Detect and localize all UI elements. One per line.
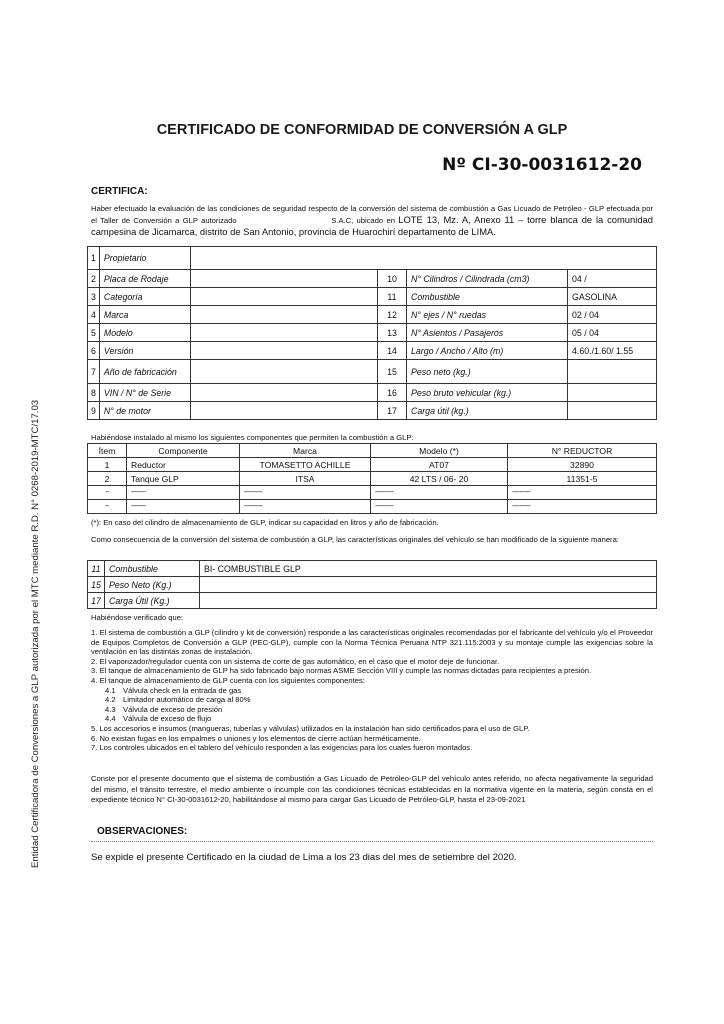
modelo-cell: ----------: [371, 486, 508, 500]
componente-cell: Tanque GLP: [127, 472, 240, 486]
subitem-number: 4.2: [105, 695, 123, 705]
row-number: 15: [378, 360, 407, 384]
marca-cell: ----------: [240, 486, 371, 500]
verified-item-7: 7. Los controles ubicados en el tablero …: [91, 743, 653, 753]
row-number: 13: [378, 324, 407, 342]
field-value: [568, 384, 657, 402]
field-label: Largo / Ancho / Alto (m): [407, 342, 568, 360]
field-value: 04 /: [568, 270, 657, 288]
col-modelo: Modelo (*): [371, 444, 508, 458]
row-number: 17: [378, 402, 407, 420]
field-label: N° ejes / N° ruedas: [407, 306, 568, 324]
row-number: 6: [88, 342, 100, 360]
conste-paragraph: Conste por el presente documento que el …: [91, 774, 653, 806]
field-label: N° Asientos / Pasajeros: [407, 324, 568, 342]
col-marca: Marca: [240, 444, 371, 458]
verified-list: 1. El sistema de combustión a GLP (cilin…: [91, 628, 653, 753]
table-row: 5Modelo13N° Asientos / Pasajeros05 / 04: [88, 324, 657, 342]
field-label: VIN / N° de Serie: [99, 384, 190, 402]
table-row: 3Categoría11CombustibleGASOLINA: [88, 288, 657, 306]
components-table: Ítem Componente Marca Modelo (*) N° REDU…: [87, 443, 657, 514]
field-label: Categoría: [99, 288, 190, 306]
row-number: 12: [378, 306, 407, 324]
components-intro: Habiéndose instalado al mismo los siguie…: [91, 433, 414, 442]
verified-item-1: 1. El sistema de combustión a GLP (cilin…: [91, 628, 653, 657]
table-row: 6Versión14Largo / Ancho / Alto (m)4.60./…: [88, 342, 657, 360]
field-value: [190, 288, 377, 306]
field-label: Marca: [99, 306, 190, 324]
vehicle-data-table: 1 Propietario 2Placa de Rodaje10N° Cilin…: [87, 246, 657, 420]
reductor-cell: ----------: [508, 500, 657, 514]
field-label: N° Cilindros / Cilindrada (cm3): [407, 270, 568, 288]
verified-item-5: 5. Los accesorios e insumos (mangueras, …: [91, 724, 653, 734]
subitem-number: 4.4: [105, 714, 123, 724]
subitem-text: Válvula de exceso de flujo: [123, 714, 211, 723]
row-number: 10: [378, 270, 407, 288]
col-reductor: N° REDUCTOR: [508, 444, 657, 458]
table-row: 15Peso Neto (Kg.): [88, 577, 657, 593]
table-row: 1ReductorTOMASETTO ACHILLEAT0732890: [88, 458, 657, 472]
field-value: 4.60./1.60/ 1.55: [568, 342, 657, 360]
field-value: 02 / 04: [568, 306, 657, 324]
row-number: 2: [88, 270, 100, 288]
row-number: 11: [88, 561, 105, 577]
table-row: 4Marca12N° ejes / N° ruedas02 / 04: [88, 306, 657, 324]
field-label: Peso Neto (Kg.): [105, 577, 200, 593]
subitem-text: Limitador automático de carga al 80%: [123, 695, 250, 704]
row-number: 1: [88, 247, 100, 270]
row-number: 7: [88, 360, 100, 384]
row-number: 16: [378, 384, 407, 402]
field-label: Combustible: [105, 561, 200, 577]
document-title: CERTIFICADO DE CONFORMIDAD DE CONVERSIÓN…: [0, 122, 724, 138]
modelo-cell: 42 LTS / 06- 20: [371, 472, 508, 486]
componente-cell: Reductor: [127, 458, 240, 472]
row-number: 4: [88, 306, 100, 324]
row-number: 3: [88, 288, 100, 306]
side-authorization-note: Entidad Certificadora de Conversiones a …: [30, 400, 41, 868]
reductor-cell: 11351-5: [508, 472, 657, 486]
subitem-text: Válvula de exceso de presión: [123, 705, 222, 714]
item-cell: --: [88, 500, 127, 514]
intro-paragraph: Haber efectuado la evaluación de las con…: [91, 203, 653, 238]
col-componente: Componente: [127, 444, 240, 458]
field-value: [190, 342, 377, 360]
item-cell: 1: [88, 458, 127, 472]
field-label: Placa de Rodaje: [99, 270, 190, 288]
field-value: [190, 270, 377, 288]
field-value: [190, 384, 377, 402]
table-header-row: Ítem Componente Marca Modelo (*) N° REDU…: [88, 444, 657, 458]
verified-item-6: 6. No existan fugas en los empalmes o un…: [91, 734, 653, 744]
issued-statement: Se expide el presente Certificado en la …: [91, 852, 517, 863]
reductor-cell: ----------: [508, 486, 657, 500]
item-cell: 2: [88, 472, 127, 486]
field-label: Peso bruto vehicular (kg.): [407, 384, 568, 402]
field-label: Versión: [99, 342, 190, 360]
table-row: 2Tanque GLPITSA42 LTS / 06- 2011351-5: [88, 472, 657, 486]
subitem-text: Válvula check en la entrada de gas: [123, 686, 241, 695]
table-row: 7Año de fabricación15Peso neto (kg.): [88, 360, 657, 384]
subitem-number: 4.3: [105, 705, 123, 715]
table-row: ----------------------------------------: [88, 500, 657, 514]
consequence-paragraph: Como consecuencia de la conversión del s…: [91, 535, 653, 546]
verified-item-3: 3. El tanque de almacenamiento de GLP ha…: [91, 666, 653, 676]
table-row: 9N° de motor17Carga útil (kg.): [88, 402, 657, 420]
modelo-cell: ----------: [371, 500, 508, 514]
verified-item-2: 2. El vaporizador/regulador cuenta con u…: [91, 657, 653, 667]
modified-characteristics-table: 11CombustibleBI- COMBUSTIBLE GLP15Peso N…: [87, 560, 657, 609]
field-label: Año de fabricación: [99, 360, 190, 384]
row-number: 15: [88, 577, 105, 593]
marca-cell: TOMASETTO ACHILLE: [240, 458, 371, 472]
field-value: BI- COMBUSTIBLE GLP: [200, 561, 657, 577]
certifica-heading: CERTIFICA:: [91, 186, 148, 197]
item-cell: --: [88, 486, 127, 500]
verified-subitem: 4.4Válvula de exceso de flujo: [91, 714, 653, 724]
field-label: Carga útil (kg.): [407, 402, 568, 420]
verified-subitem: 4.3Válvula de exceso de presión: [91, 705, 653, 715]
row-number: 5: [88, 324, 100, 342]
modelo-cell: AT07: [371, 458, 508, 472]
owner-value: [190, 247, 656, 270]
col-item: Ítem: [88, 444, 127, 458]
verified-subitem: 4.2Limitador automático de carga al 80%: [91, 695, 653, 705]
table-row: 2Placa de Rodaje10N° Cilindros / Cilindr…: [88, 270, 657, 288]
field-value: GASOLINA: [568, 288, 657, 306]
field-label: Peso neto (kg.): [407, 360, 568, 384]
intro-part2: S.A.C, ubicado en: [331, 216, 395, 225]
field-label: Propietario: [99, 247, 190, 270]
reductor-cell: 32890: [508, 458, 657, 472]
subitem-number: 4.1: [105, 686, 123, 696]
row-number: 8: [88, 384, 100, 402]
marca-cell: ITSA: [240, 472, 371, 486]
verified-heading: Habiéndose verificado que:: [91, 613, 183, 622]
row-number: 14: [378, 342, 407, 360]
field-value: [190, 360, 377, 384]
marca-cell: ----------: [240, 500, 371, 514]
row-number: 17: [88, 593, 105, 609]
verified-subitem: 4.1Válvula check en la entrada de gas: [91, 686, 653, 696]
componente-cell: --------: [127, 500, 240, 514]
field-value: [200, 577, 657, 593]
certificate-number: Nº CI-30-0031612-20: [442, 155, 642, 175]
table-row: ----------------------------------------: [88, 486, 657, 500]
componente-cell: --------: [127, 486, 240, 500]
field-value: [568, 402, 657, 420]
field-value: [190, 306, 377, 324]
verified-item-4: 4. El tanque de almacenamiento de GLP cu…: [91, 676, 653, 686]
table-row: 17Carga Útil (Kg.): [88, 593, 657, 609]
field-label: Carga Útil (Kg.): [105, 593, 200, 609]
row-number: 9: [88, 402, 100, 420]
field-value: 05 / 04: [568, 324, 657, 342]
table-row: 11CombustibleBI- COMBUSTIBLE GLP: [88, 561, 657, 577]
row-number: 11: [378, 288, 407, 306]
field-label: Combustible: [407, 288, 568, 306]
components-footnote: (*): En caso del cilindro de almacenamie…: [91, 518, 439, 527]
observaciones-heading: OBSERVACIONES:: [97, 826, 187, 837]
field-label: N° de motor: [99, 402, 190, 420]
table-row: 8VIN / N° de Serie16Peso bruto vehicular…: [88, 384, 657, 402]
field-value: [190, 324, 377, 342]
table-row: 1 Propietario: [88, 247, 657, 270]
field-value: [200, 593, 657, 609]
field-value: [190, 402, 377, 420]
observaciones-dotted-line: [91, 841, 653, 842]
field-value: [568, 360, 657, 384]
field-label: Modelo: [99, 324, 190, 342]
